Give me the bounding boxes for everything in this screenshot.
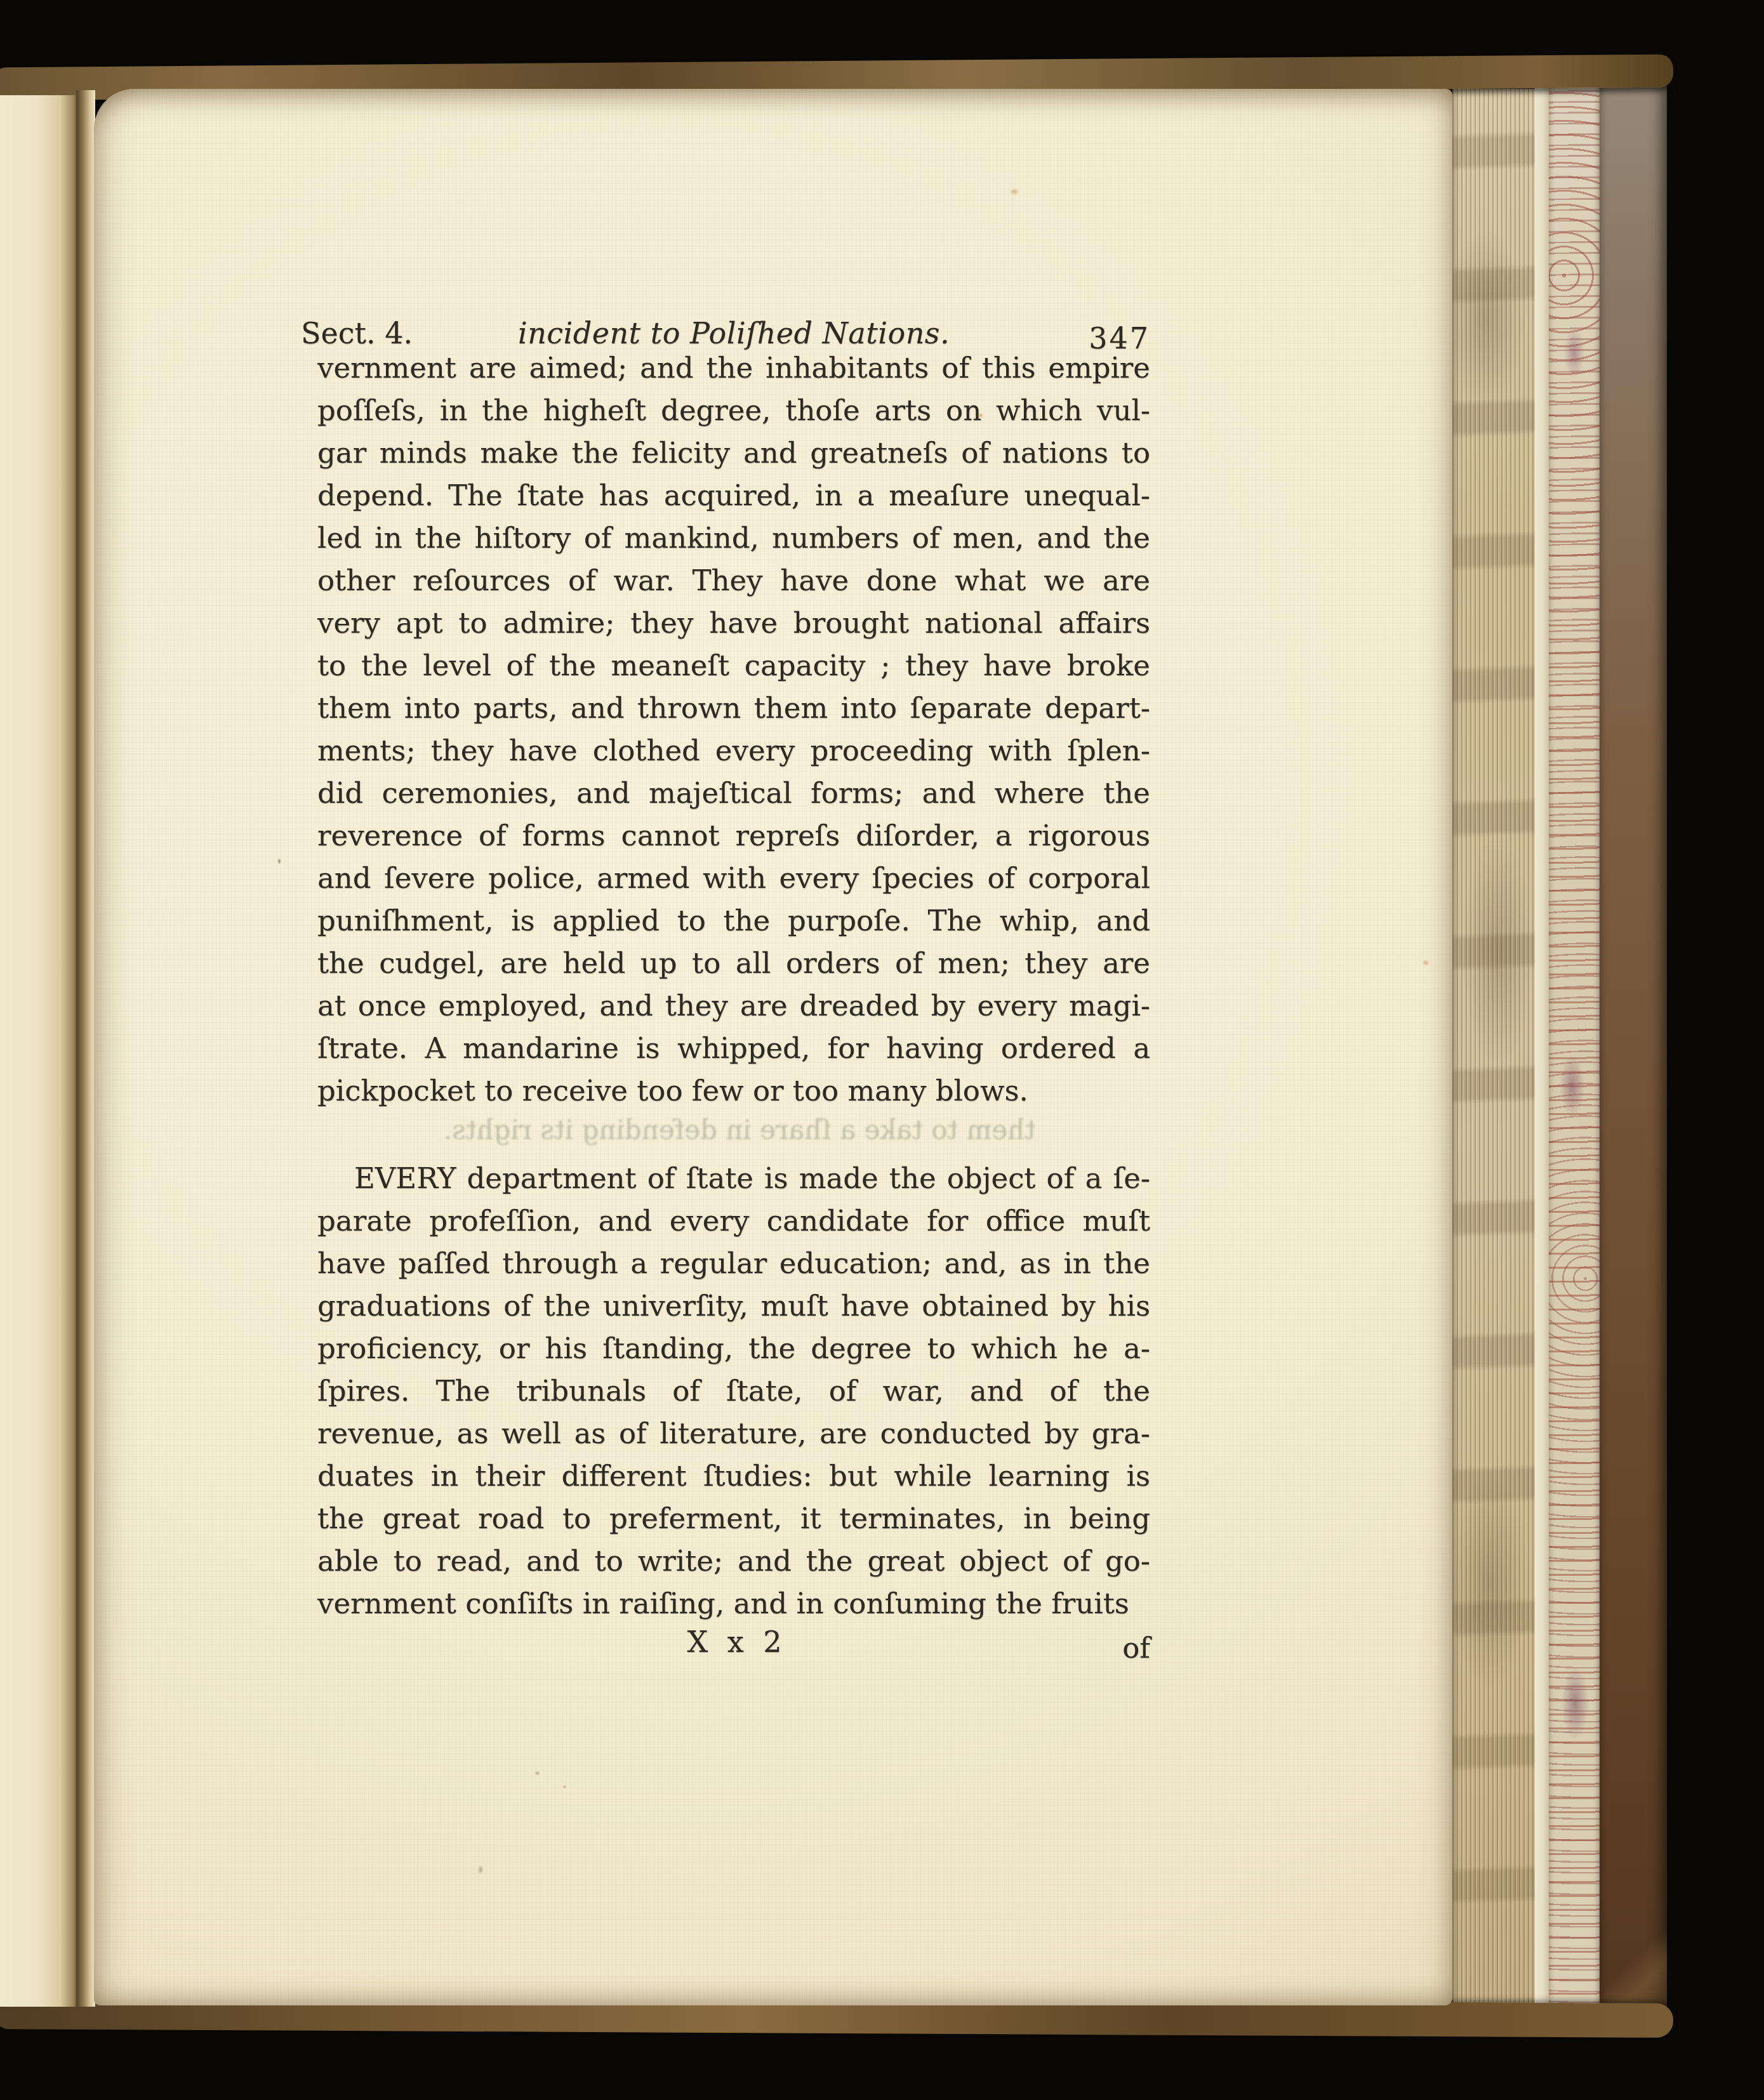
text-line: ſtrate. A mandarine is whipped, for havi… <box>317 1027 1150 1069</box>
text-line: able to read, and to write; and the grea… <box>317 1540 1150 1582</box>
text-line: puniſhment, is applied to the purpoſe. T… <box>317 899 1150 942</box>
text-line: the great road to preferment, it termina… <box>317 1497 1150 1540</box>
text-line: and ſevere police, armed with every ſpec… <box>317 857 1150 899</box>
fore-edge-page-stack <box>1452 89 1535 2004</box>
text-line: ments; they have clothed every proceedin… <box>317 729 1150 772</box>
marbled-endpaper-edge <box>1549 83 1600 2012</box>
leather-cover <box>1600 56 1667 2031</box>
text-line: the cudgel, are held up to all orders of… <box>317 942 1150 984</box>
text-line: EVERY department of ſtate is made the ob… <box>317 1157 1150 1199</box>
text-line: them into parts, and thrown them into ſe… <box>317 687 1150 729</box>
running-title: incident to Poliſhed Nations. <box>317 316 1150 350</box>
foxing-spot <box>562 1785 567 1789</box>
paragraph: EVERY department of ſtate is made the ob… <box>317 1157 1150 1625</box>
text-line: other reſources of war. They have done w… <box>317 559 1150 602</box>
text-line: proficiency, or his ſtanding, the degree… <box>317 1327 1150 1370</box>
text-line: gar minds make the felicity and greatneſ… <box>317 432 1150 474</box>
text-line: pickpocket to receive too few or too man… <box>317 1069 1150 1112</box>
foxing-spot <box>477 1865 484 1875</box>
foxing-spot <box>534 1771 540 1776</box>
text-line: graduations of the univerſity, muſt have… <box>317 1284 1150 1327</box>
foxing-spot <box>1009 188 1019 195</box>
gutter-shadow <box>76 90 95 2007</box>
text-line: poſſeſs, in the higheſt degree, thoſe ar… <box>317 389 1150 432</box>
text-line: have paſſed through a regular education;… <box>317 1242 1150 1284</box>
text-line: revenue, as well as of literature, are c… <box>317 1412 1150 1455</box>
catchword: of <box>319 1631 1150 1665</box>
text-line: led in the hiſtory of mankind, numbers o… <box>317 517 1150 559</box>
book-photo: Sect. 4. incident to Poliſhed Nations. 3… <box>0 0 1764 2100</box>
text-line: parate profeſſion, and every candidate f… <box>317 1199 1150 1242</box>
text-line: ſpires. The tribunals of ſtate, of war, … <box>317 1370 1150 1412</box>
text-line: to the level of the meaneſt capacity ; t… <box>317 644 1150 687</box>
ink-speck <box>277 858 281 864</box>
text-line: did ceremonies, and majeſtical forms; an… <box>317 772 1150 814</box>
foxing-spot <box>1422 960 1429 966</box>
facing-page-edge <box>0 95 77 2007</box>
show-through-text: them to take a ſhare in defending its ri… <box>330 1114 1149 1146</box>
paragraph: vernment are aimed; and the inhabitants … <box>317 347 1150 1112</box>
text-line: vernment conſiſts in raiſing, and in con… <box>317 1582 1150 1625</box>
text-line: depend. The ſtate has acquired, in a mea… <box>317 474 1150 517</box>
text-line: vernment are aimed; and the inhabitants … <box>317 347 1150 389</box>
text-line: reverence of forms cannot repreſs diſord… <box>317 814 1150 857</box>
endpaper-edge <box>1535 86 1549 2007</box>
text-line: very apt to admire; they have brought na… <box>317 602 1150 644</box>
text-line: at once employed, and they are dreaded b… <box>317 984 1150 1027</box>
text-line: duates in their different ſtudies: but w… <box>317 1455 1150 1497</box>
text-block: vernment are aimed; and the inhabitants … <box>317 347 1150 1625</box>
